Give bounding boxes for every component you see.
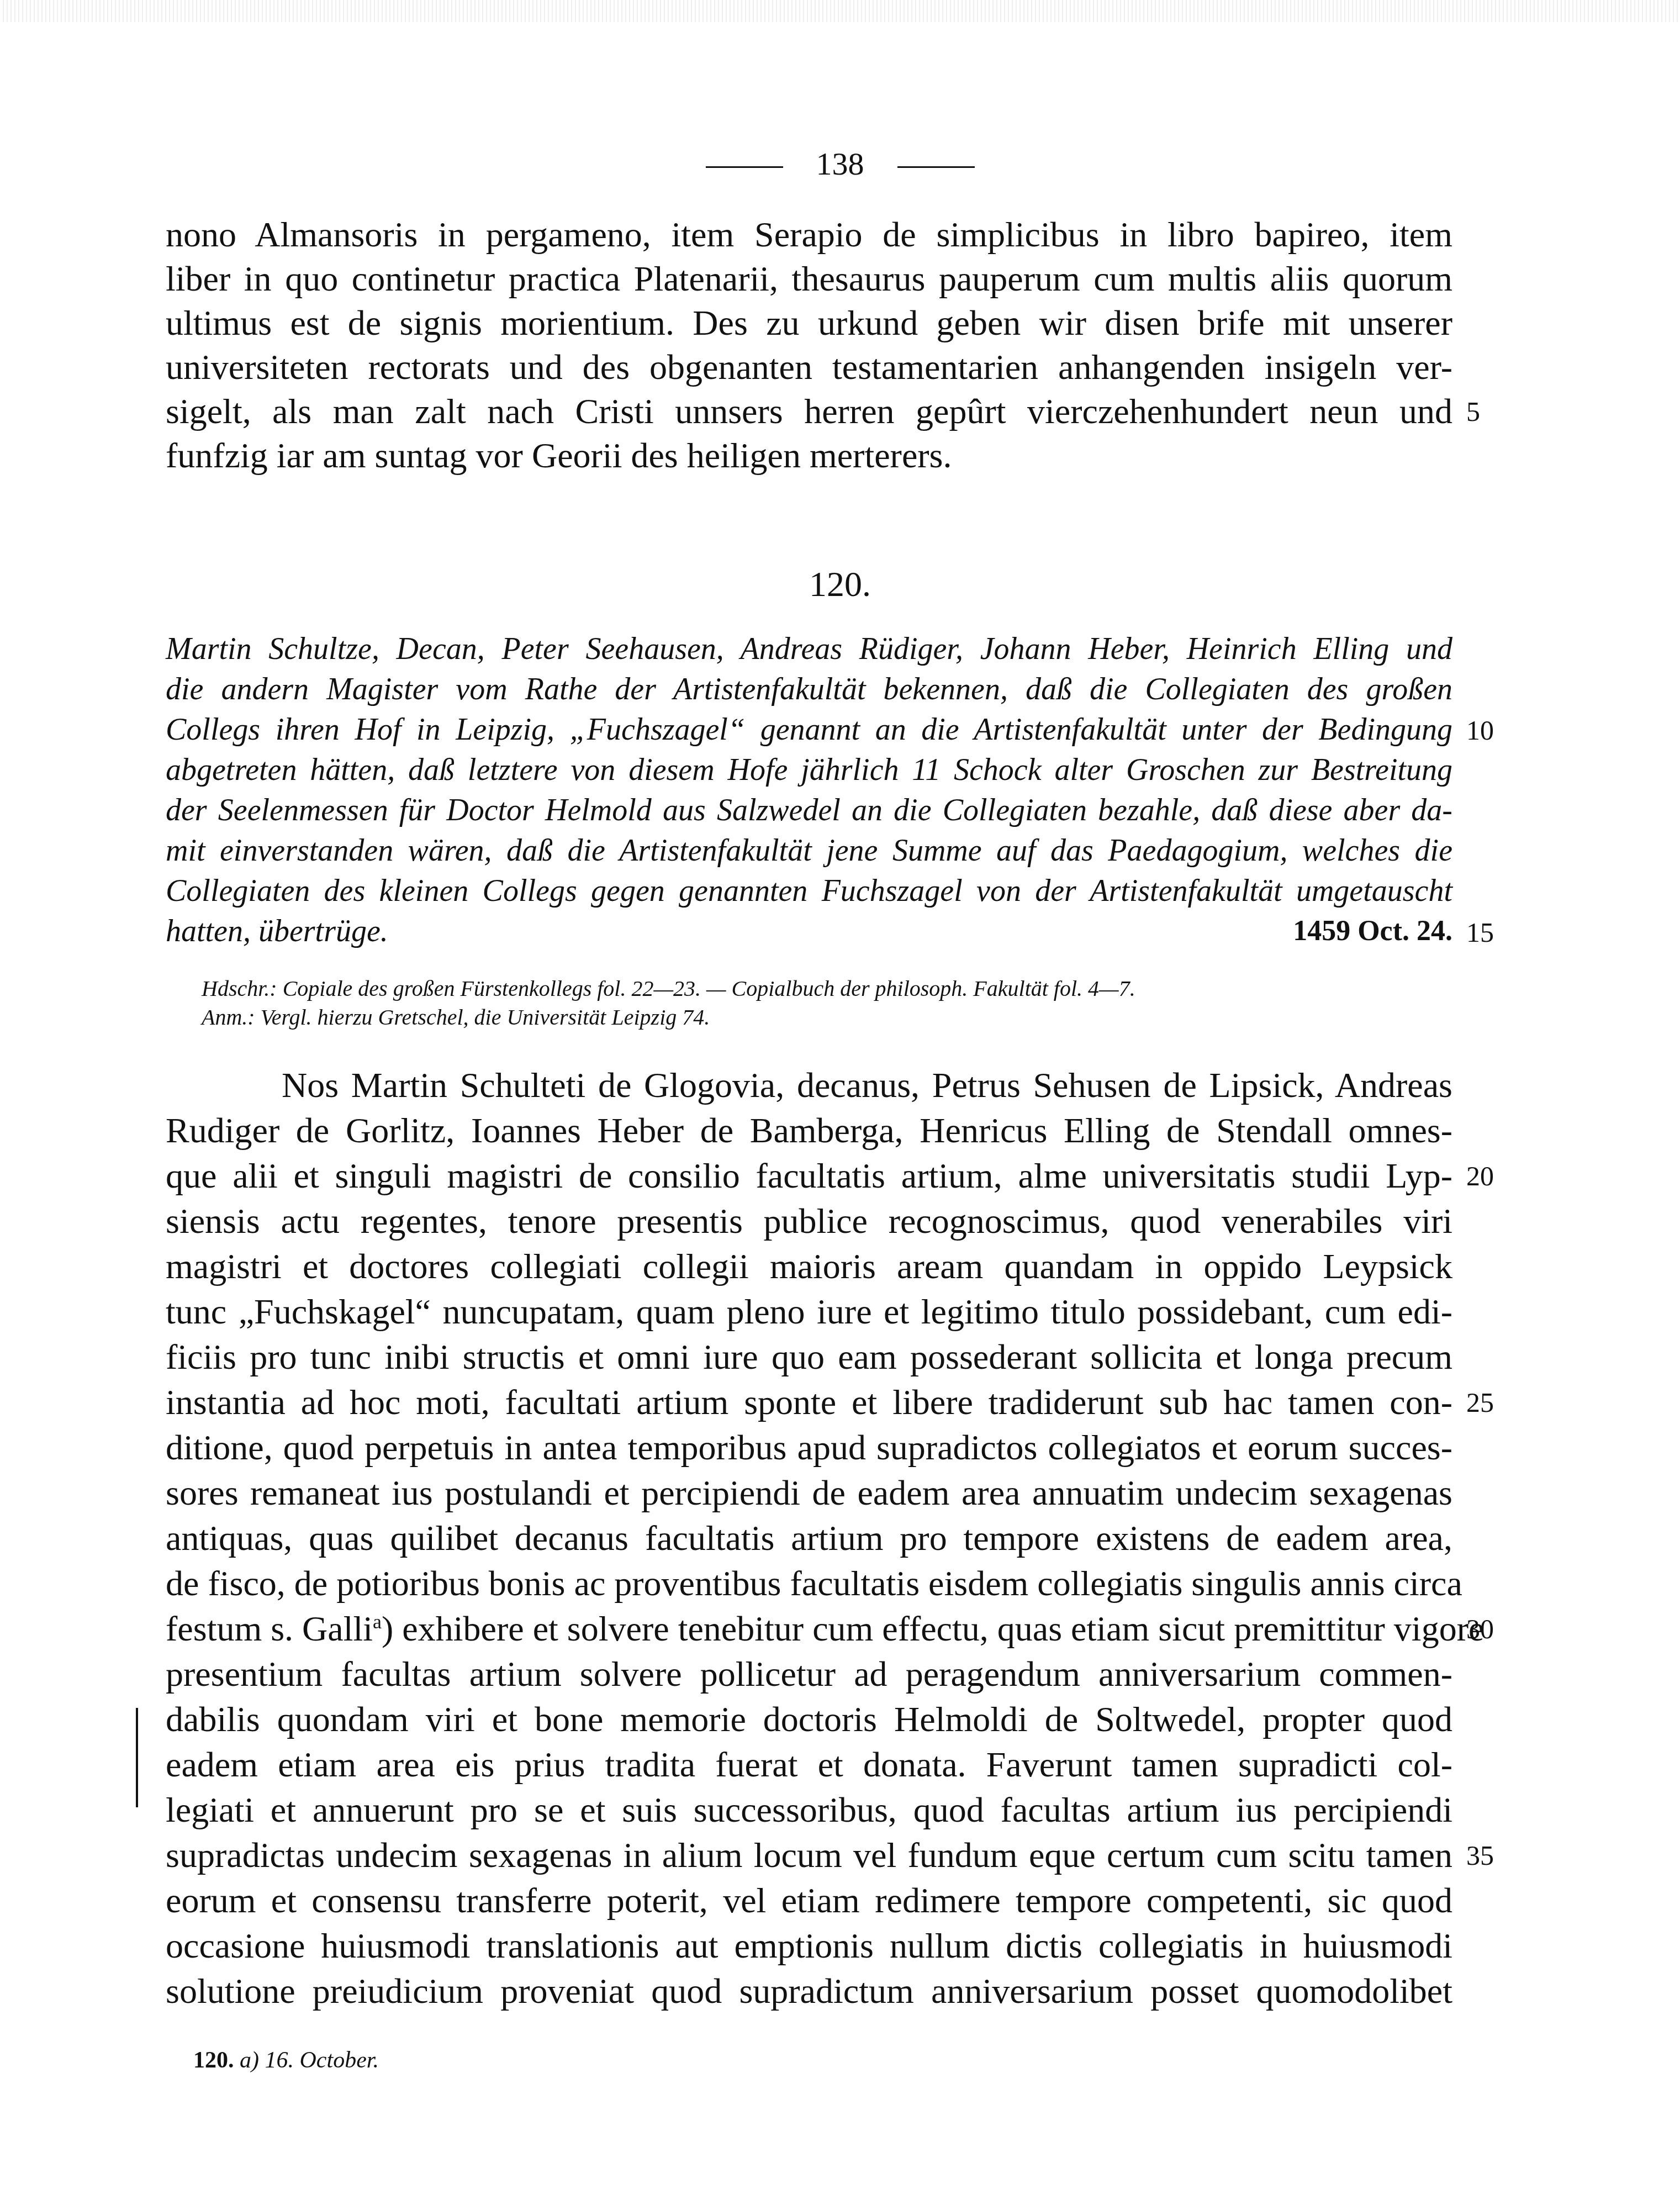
summary-line: Collegs ihren Hof in Leipzig, „Fuchszage… [166,710,1452,749]
header-dash-left [706,166,783,168]
body-line: eorum et consensu transferre poterit, ve… [166,1879,1452,1923]
text-line: nono Almansoris in pergameno, item Serap… [166,213,1452,257]
body-line: tunc „Fuchskagel“ nuncupatam, quam pleno… [166,1290,1452,1334]
body-line-with-footnote-ref: festum s. Gallia) exhibere et solvere te… [166,1607,1452,1651]
body-line: dabilis quondam viri et bone memorie doc… [166,1697,1452,1742]
body-line: supradictas undecim sexagenas in alium l… [166,1833,1452,1877]
line-number: 10 [1466,708,1494,752]
line-number: 20 [1466,1154,1494,1198]
text-line: ultimus est de signis morientium. Des zu… [166,301,1452,345]
summary-line: die andern Magister vom Rathe der Artist… [166,670,1452,709]
body-line: de fisco, de potioribus bonis ac provent… [166,1562,1452,1606]
body-line: ditione, quod perpetuis in antea tempori… [166,1426,1452,1470]
line-number: 35 [1466,1833,1494,1877]
header-dash-right [897,166,975,168]
document-date: 1459 Oct. 24. [1270,912,1452,951]
scan-noise [0,0,1680,22]
summary-line: hatten, übertrüge. [166,912,607,951]
page-number: 138 [816,146,864,182]
margin-mark [136,1708,138,1807]
document-number: 120. [0,562,1680,606]
body-line: magistri et doctores collegiati collegii… [166,1244,1452,1289]
line-number: 25 [1466,1380,1494,1425]
line-number: 15 [1466,910,1494,954]
body-line: eadem etiam area eis prius tradita fuera… [166,1743,1452,1787]
body-line: solutione preiudicium proveniat quod sup… [166,1969,1452,2013]
text-fragment: festum s. Galli [166,1609,373,1648]
text-line: liber in quo continetur practica Platena… [166,257,1452,301]
footnote-text: a) 16. October. [240,2048,379,2073]
line-number: 30 [1466,1607,1494,1651]
summary-line: Martin Schultze, Decan, Peter Seehausen,… [166,630,1452,668]
text-line: sigelt, als man zalt nach Cristi unnsers… [166,389,1452,434]
body-line: Nos Martin Schulteti de Glogovia, decanu… [166,1063,1452,1107]
body-line: antiquas, quas quilibet decanus facultat… [166,1516,1452,1560]
body-line: legiati et annuerunt pro se et suis succ… [166,1788,1452,1832]
body-line: ficiis pro tunc inibi structis et omni i… [166,1335,1452,1379]
body-line: instantia ad hoc moti, facultati artium … [166,1380,1452,1425]
body-line: presentium facultas artium solvere polli… [166,1652,1452,1696]
footnote: 120. a) 16. October. [193,2046,379,2074]
body-line: que alii et singuli magistri de consilio… [166,1154,1452,1198]
source-annotation: Anm.: Vergl. hierzu Gretschel, die Unive… [202,1004,710,1031]
text-fragment: ) exhibere et solvere tenebitur cum effe… [382,1609,1484,1648]
body-line: Rudiger de Gorlitz, Ioannes Heber de Bam… [166,1109,1452,1153]
summary-line: mit einverstanden wären, daß die Artiste… [166,831,1452,870]
summary-line: Collegiaten des kleinen Collegs gegen ge… [166,872,1452,910]
body-line: occasione huiusmodi translationis aut em… [166,1924,1452,1968]
text-line: funfzig iar am suntag vor Georii des hei… [166,434,1452,478]
source-manuscripts: Hdschr.: Copiale des großen Fürstenkolle… [202,975,1135,1003]
body-line: sores remaneat ius postulandi et percipi… [166,1471,1452,1515]
footnote-marker: a [373,1611,382,1633]
footnote-number: 120. [193,2048,234,2073]
text-line: universiteten rectorats und des obgenant… [166,345,1452,389]
line-number: 5 [1466,389,1480,434]
page-header: 138 [0,145,1680,183]
summary-line: der Seelenmessen für Doctor Helmold aus … [166,791,1452,830]
summary-line: abgetreten hätten, daß letztere von dies… [166,751,1452,789]
body-line: siensis actu regentes, tenore presentis … [166,1199,1452,1243]
